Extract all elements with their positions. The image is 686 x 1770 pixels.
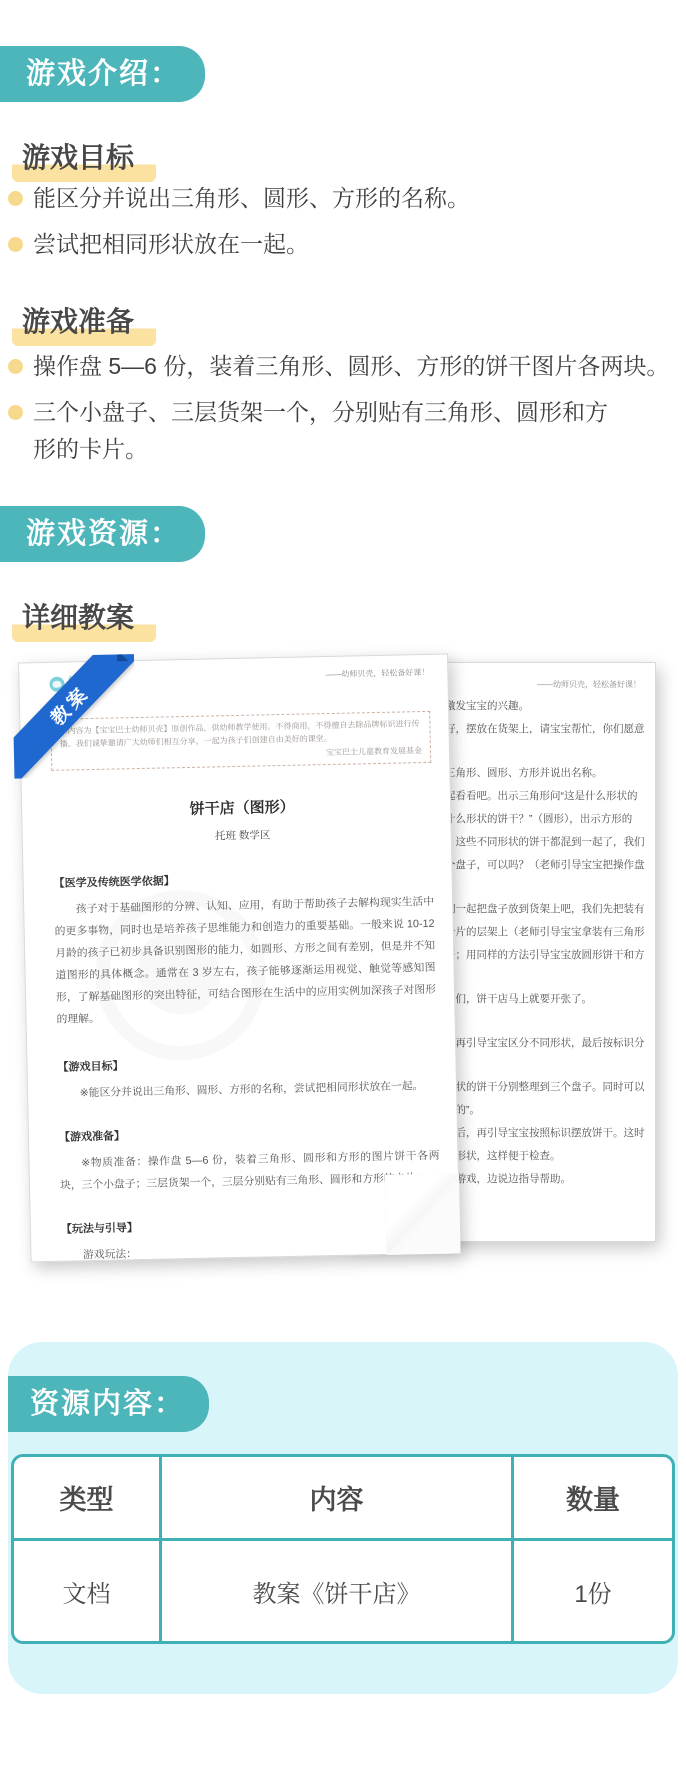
resource-table: 类型 内容 数量 文档 教案《饼干店》 1份	[11, 1454, 675, 1644]
doc-line: 好，摆放在货架上，请宝宝帮忙，你们愿意	[445, 718, 645, 741]
prep-heading: 游戏准备	[12, 300, 156, 346]
list-item: 能区分并说出三角形、圆形、方形的名称。	[8, 180, 680, 217]
doc-line: ，再引导宝宝区分不同形状，最后按标识分	[445, 1032, 645, 1055]
doc-line: ）这些不同形状的饼干都混到一起了，我们	[445, 831, 645, 854]
resource-content-panel: 资源内容： 类型 内容 数量 文档 教案《饼干店》 1份	[8, 1342, 678, 1694]
doc-section-heading: 【玩法与引导】	[61, 1213, 441, 1237]
doc-line: 起游戏，边说边指导帮助。	[445, 1168, 645, 1191]
doc-title: 饼干店（图形）	[52, 793, 432, 822]
goal-heading-text: 游戏目标	[12, 136, 156, 182]
section-badge-game-resource: 游戏资源：	[0, 506, 205, 562]
prep-bullet-text: 三个小盘子、三层货架一个，分别贴有三角形、圆形和方形的卡片。	[33, 394, 625, 468]
ribbon-label: 教案	[43, 679, 94, 731]
table-header-content: 内容	[162, 1457, 514, 1541]
doc-paragraph: ※能区分并说出三角形、圆形、方形的名称，尝试把相同形状放在一起。	[58, 1075, 438, 1105]
back-page-text: 激发宝宝的兴趣。 好，摆放在货架上，请宝宝帮忙，你们愿意 三角形、圆形、方形并说…	[445, 695, 645, 1191]
lesson-plan-preview: ——幼师贝壳，轻松备好课！ 激发宝宝的兴趣。 好，摆放在货架上，请宝宝帮忙，你们…	[18, 658, 672, 1262]
table-cell-content: 教案《饼干店》	[162, 1541, 514, 1641]
doc-line: 起看看吧。出示三角形问“这是什么形状的	[445, 785, 645, 808]
table-cell-type: 文档	[14, 1541, 162, 1641]
goal-bullet-list: 能区分并说出三角形、圆形、方形的名称。 尝试把相同形状放在一起。	[8, 180, 680, 272]
bullet-dot-icon	[8, 191, 23, 206]
table-header-quantity: 数量	[514, 1457, 672, 1541]
doc-line: 形状的饼干分别整理到三个盘子。同时可以	[445, 1076, 645, 1099]
doc-page-header: ——幼师贝壳，轻松备好课！	[325, 667, 429, 680]
page: 游戏介绍： 游戏目标 能区分并说出三角形、圆形、方形的名称。 尝试把相同形状放在…	[0, 0, 686, 1770]
prep-bullet-text: 操作盘 5—6 份，装着三角形、圆形、方形的饼干图片各两块。	[33, 348, 669, 385]
section-badge-game-intro: 游戏介绍：	[0, 46, 205, 102]
section-badge-resource-content: 资源内容：	[8, 1376, 209, 1432]
list-item: 三个小盘子、三层货架一个，分别贴有三角形、圆形和方形的卡片。	[8, 394, 680, 468]
prep-heading-text: 游戏准备	[12, 300, 156, 346]
prep-bullet-list: 操作盘 5—6 份，装着三角形、圆形、方形的饼干图片各两块。 三个小盘子、三层货…	[8, 348, 680, 477]
corner-ribbon-wrap: 教案	[12, 654, 137, 779]
doc-page-header: ——幼师贝壳，轻松备好课！	[537, 679, 641, 690]
doc-section-heading: 【游戏目标】	[57, 1051, 437, 1075]
doc-section-heading: 【游戏准备】	[59, 1121, 439, 1145]
doc-line: 形的”。	[445, 1099, 645, 1122]
doc-subtitle: 托班 数学区	[53, 824, 433, 847]
doc-line: 激发宝宝的兴趣。	[445, 695, 645, 718]
doc-line: 种形状，这样便于检查。	[445, 1145, 645, 1168]
goal-heading: 游戏目标	[12, 136, 156, 182]
list-item: 尝试把相同形状放在一起。	[8, 226, 680, 263]
doc-line: 个盘子，可以吗？（老师引导宝宝把操作盘里	[445, 854, 645, 877]
table-header-type: 类型	[14, 1457, 162, 1541]
bullet-dot-icon	[8, 237, 23, 252]
doc-line: 以后，再引导宝宝按照标识摆放饼干。这时，	[445, 1122, 645, 1145]
doc-line: 什么形状的饼干？”（圆形），出示方形的	[445, 808, 645, 831]
doc-line: 卡片的层架上（老师引导宝宝拿装有三角形	[445, 921, 645, 944]
table-cell-quantity: 1份	[514, 1541, 672, 1641]
detail-plan-heading-text: 详细教案	[12, 596, 156, 642]
doc-line: 你们，饼干店马上就要开张了。	[445, 988, 645, 1011]
doc-section-heading: 【医学及传统医学依据】	[54, 867, 434, 891]
list-item: 操作盘 5—6 份，装着三角形、圆形、方形的饼干图片各两块。	[8, 348, 680, 385]
detail-plan-heading: 详细教案	[12, 596, 156, 642]
doc-paragraph: 游戏玩法：	[61, 1237, 441, 1262]
goal-bullet-text: 尝试把相同形状放在一起。	[33, 226, 309, 263]
lesson-plan-front-page: 幼师贝壳 ——幼师贝壳，轻松备好课！ 本内容为【宝宝巴士幼师贝壳】原创作品，供幼…	[18, 653, 460, 1262]
bullet-dot-icon	[8, 359, 23, 374]
doc-line: 们一起把盘子放到货架上吧，我们先把装有	[445, 898, 645, 921]
doc-paragraph: ※物质准备：操作盘 5—6 份，装着三角形、圆形和方形的图片饼干各两块，三个小盘…	[59, 1145, 440, 1197]
lesson-plan-ribbon: 教案	[12, 654, 137, 779]
bullet-dot-icon	[8, 405, 23, 420]
doc-line: 好；用同样的方法引导宝宝放圆形饼干和方	[445, 944, 645, 967]
goal-bullet-text: 能区分并说出三角形、圆形、方形的名称。	[33, 180, 470, 217]
doc-line: 三角形、圆形、方形并说出名称。	[445, 762, 645, 785]
